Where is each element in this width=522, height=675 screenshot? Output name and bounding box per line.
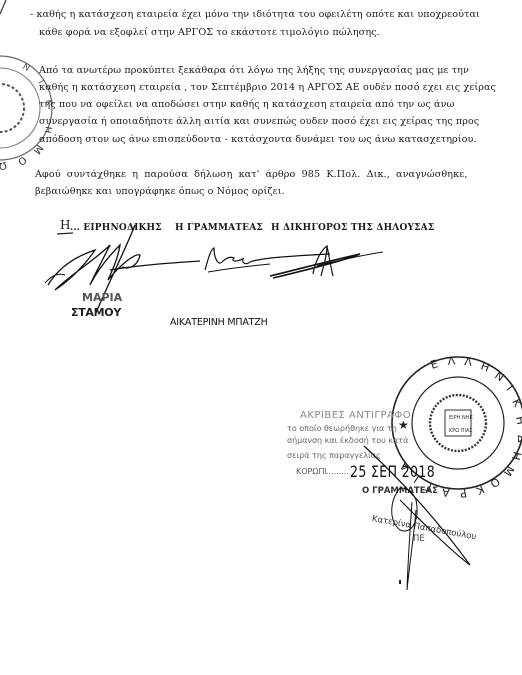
svg-text:ΚΡΩ ΠΙΑΣ: ΚΡΩ ΠΙΑΣ xyxy=(449,428,473,434)
svg-text:Κ: Κ xyxy=(509,397,522,410)
left-court-stamp: Ν Ι Κ Η Μ Ο Ω xyxy=(0,48,30,168)
stamp-signature xyxy=(360,440,480,600)
svg-text:Ν: Ν xyxy=(21,62,32,74)
judge-name-line2: ΣΤΑΜΟΥ xyxy=(71,306,121,319)
svg-text:Ν: Ν xyxy=(492,369,506,384)
svg-text:ΕΙΡΗ ΝΗΚ: ΕΙΡΗ ΝΗΚ xyxy=(449,415,473,421)
stamp-place: ΚΟΡΩΠΙ xyxy=(296,467,327,476)
secretary-name: ΑΙΚΑΤΕΡΙΝΗ ΜΠΑΤΖΗ xyxy=(170,317,268,328)
lawyer-signature xyxy=(265,240,385,290)
certified-copy-heading: ΑΚΡΙΒΕΣ ΑΝΤΙΓΡΑΦΟ xyxy=(300,410,411,421)
svg-text:Μ: Μ xyxy=(501,464,517,479)
svg-text:Λ: Λ xyxy=(464,355,473,369)
text-line: κάθε φορά να εξοφλεί στην ΑΡΓΟΣ το εκάστ… xyxy=(39,27,380,38)
judge-name-line1: ΜΑΡΙΑ xyxy=(82,291,122,304)
text-line: της που να οφείλει να αποδώσει στην καθή… xyxy=(39,99,454,110)
text-line: Αφού συντάχθηκε η παρούσα δήλωση κατ' άρ… xyxy=(35,169,467,180)
stamp-line: το οποίο θεωρήθηκε για τη xyxy=(287,424,397,433)
svg-text:Δ: Δ xyxy=(515,435,522,443)
corner-mark xyxy=(0,0,10,16)
scan-speck xyxy=(399,580,403,586)
svg-text:Η: Η xyxy=(513,415,522,425)
text-line: καθής η κατάσχεση εταιρεία , τον Σεπτέμβ… xyxy=(39,82,496,93)
text-line: Από τα ανωτέρω προκύπτει ξεκάθαρα ότι λό… xyxy=(39,65,469,76)
stamp-dots: ......... xyxy=(326,467,349,476)
text-line: - καθής η κατάσχεση εταιρεία έχει μόνο τ… xyxy=(30,9,480,20)
text-line: βεβαιώθηκε και υπογράφηκε όπως ο Νόμος ο… xyxy=(35,186,285,197)
svg-text:Ω: Ω xyxy=(0,159,7,171)
lawyer-title: Η ΔΙΚΗΓΟΡΟΣ ΤΗΣ ΔΗΛΟΥΣΑΣ xyxy=(271,223,434,233)
svg-text:Η: Η xyxy=(509,450,522,461)
secretary-title: Η ΓΡΑΜΜΑΤΕΑΣ xyxy=(175,223,263,233)
text-line: απόδοση στον ως άνω επισπεύδοντα - κατάσ… xyxy=(39,134,477,145)
svg-text:Ο: Ο xyxy=(16,153,28,167)
svg-text:Ο: Ο xyxy=(487,475,502,491)
text-line: συνεργασία ή οποιαδήποτε άλλη αιτία και … xyxy=(39,116,479,127)
